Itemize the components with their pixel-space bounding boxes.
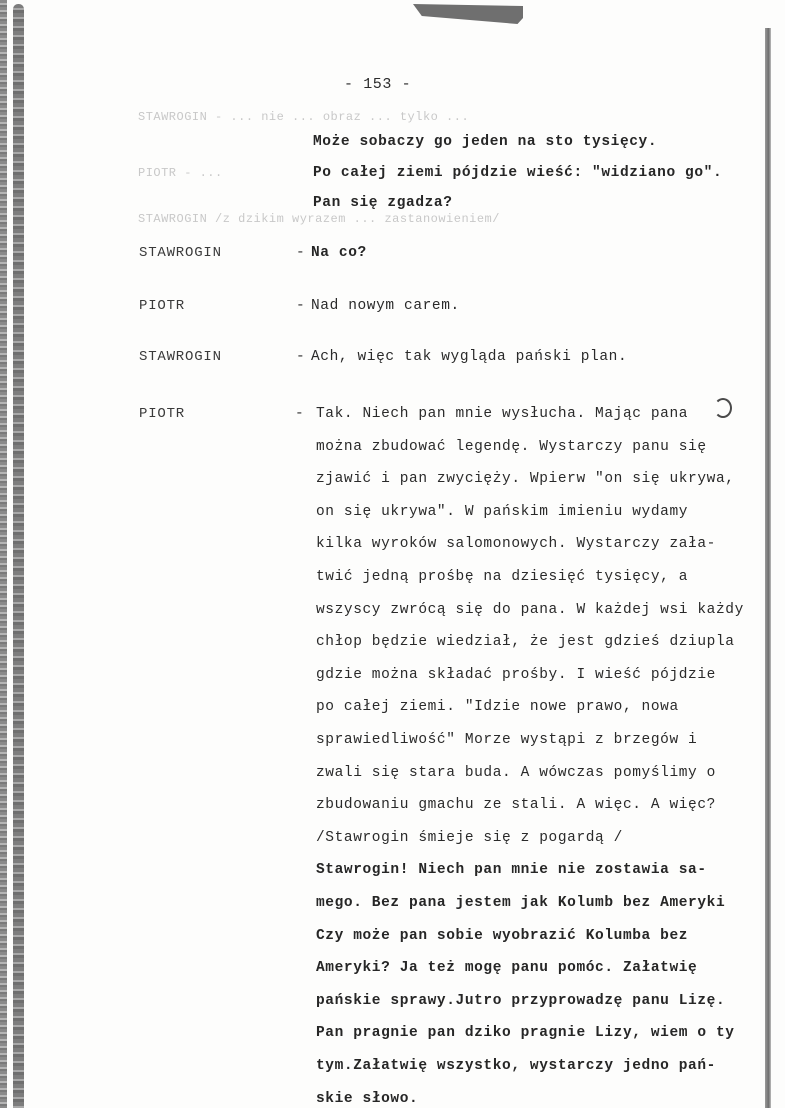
- dialogue-line: on się ukrywa". W pańskim imieniu wydamy: [316, 504, 688, 520]
- dialogue-dash: -: [295, 406, 304, 422]
- continuation-line-3: Pan się zgadza?: [313, 195, 453, 211]
- dialogue-line: /Stawrogin śmieje się z pogardą /: [316, 830, 623, 846]
- dialogue-line: Ach, więc tak wygląda pański plan.: [311, 349, 627, 365]
- ink-mark: [714, 398, 732, 418]
- dialogue-line: Na co?: [311, 245, 367, 261]
- dialogue-line: Pan pragnie pan dziko pragnie Lizy, wiem…: [316, 1025, 735, 1041]
- scanned-page: - 153 - STAWROGIN - ... nie ... obraz ..…: [0, 0, 785, 1108]
- dialogue-line: Nad nowym carem.: [311, 298, 460, 314]
- ghost-line-3: STAWROGIN /z dzikim wyrazem ... zastanow…: [138, 212, 500, 226]
- dialogue-line: Tak. Niech pan mnie wysłucha. Mając pana: [316, 406, 688, 422]
- dialogue-line: skie słowo.: [316, 1091, 418, 1107]
- binding-shadow: [13, 4, 24, 1108]
- page-number: - 153 -: [344, 76, 411, 93]
- dialogue-line: tym.Załatwię wszystko, wystarczy jedno p…: [316, 1058, 716, 1074]
- ghost-line-1: STAWROGIN - ... nie ... obraz ... tylko …: [138, 110, 469, 124]
- dialogue-line: Ameryki? Ja też mogę panu pomóc. Załatwi…: [316, 960, 697, 976]
- dialogue-line: wszyscy zwrócą się do pana. W każdej wsi…: [316, 602, 744, 618]
- dialogue-line: zbudowaniu gmachu ze stali. A więc. A wi…: [316, 797, 716, 813]
- ghost-line-2: PIOTR - ...: [138, 166, 223, 180]
- dialogue-dash: -: [296, 298, 305, 314]
- speaker-name: PIOTR: [139, 298, 185, 314]
- speaker-name: STAWROGIN: [139, 349, 222, 365]
- speaker-name: STAWROGIN: [139, 245, 222, 261]
- dialogue-dash: -: [296, 349, 305, 365]
- speaker-name: PIOTR: [139, 406, 185, 422]
- dialogue-line: zwali się stara buda. A wówczas pomyślim…: [316, 765, 716, 781]
- dialogue-line: sprawiedliwość" Morze wystąpi z brzegów …: [316, 732, 697, 748]
- dialogue-line: Stawrogin! Niech pan mnie nie zostawia s…: [316, 862, 707, 878]
- continuation-line-1: Może sobaczy go jeden na sto tysięcy.: [313, 134, 657, 150]
- dialogue-line: twić jedną prośbę na dziesięć tysięcy, a: [316, 569, 688, 585]
- scan-edge-left: [0, 0, 7, 1108]
- dialogue-dash: -: [296, 245, 305, 261]
- dialogue-line: kilka wyroków salomonowych. Wystarczy za…: [316, 536, 716, 552]
- dialogue-line: mego. Bez pana jestem jak Kolumb bez Ame…: [316, 895, 725, 911]
- dialogue-line: gdzie można składać prośby. I wieść pójd…: [316, 667, 716, 683]
- dialogue-line: można zbudować legendę. Wystarczy panu s…: [316, 439, 707, 455]
- dialogue-line: pańskie sprawy.Jutro przyprowadzę panu L…: [316, 993, 725, 1009]
- scan-edge-right: [765, 28, 771, 1108]
- dialogue-line: chłop będzie wiedział, że jest gdzieś dz…: [316, 634, 735, 650]
- dialogue-line: Czy może pan sobie wyobrazić Kolumba bez: [316, 928, 688, 944]
- scan-corner-artifact: [413, 4, 523, 24]
- continuation-line-2: Po całej ziemi pójdzie wieść: "widziano …: [313, 165, 722, 181]
- dialogue-line: po całej ziemi. "Idzie nowe prawo, nowa: [316, 699, 679, 715]
- dialogue-line: zjawić i pan zwycięży. Wpierw "on się uk…: [316, 471, 735, 487]
